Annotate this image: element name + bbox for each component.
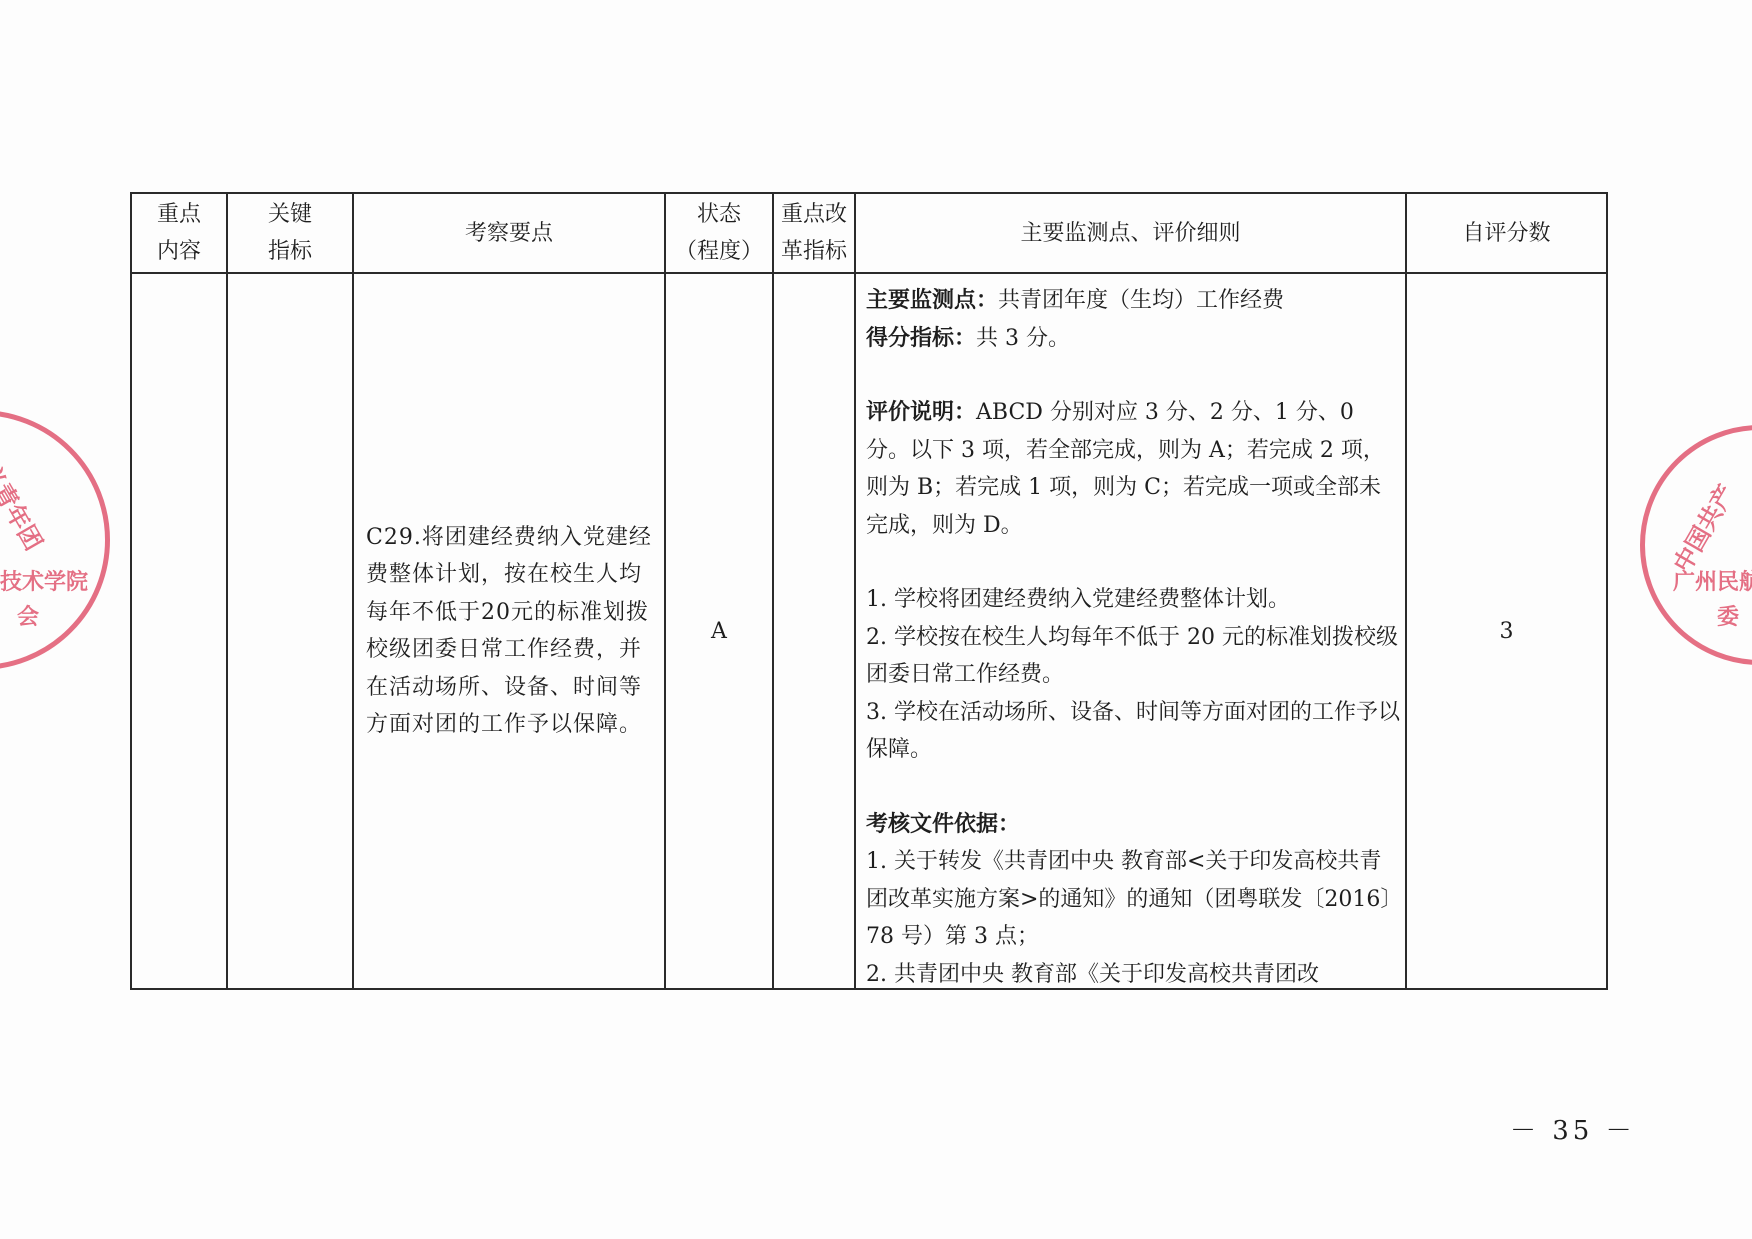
col-border (1606, 192, 1608, 990)
header-reform-indicator: 重点改革指标 (774, 194, 854, 272)
col-border (226, 192, 228, 990)
header-inspection-point: 考察要点 (354, 194, 664, 272)
basis-label: 考核文件依据： (866, 806, 1400, 844)
left-seal-stamp: 义青年团 技术学院 会 (0, 410, 110, 670)
page-number: － 35 － (1510, 1110, 1636, 1147)
header-self-score: 自评分数 (1407, 194, 1606, 272)
header-details: 主要监测点、评价细则 (856, 194, 1405, 272)
criteria-item: 1. 学校将团建经费纳入党建经费整体计划。 (866, 581, 1400, 619)
col-border (772, 192, 774, 990)
evaluation-table: 重点内容 关键指标 考察要点 状态（程度） 重点改革指标 主要监测点、评价细则 … (130, 192, 1608, 990)
header-key-content: 重点内容 (132, 194, 226, 272)
basis-item: 1. 关于转发《共青团中央 教育部<关于印发高校共青团改革实施方案>的通知》的通… (866, 843, 1400, 956)
header-key-indicator: 关键指标 (228, 194, 352, 272)
criteria-item: 2. 学校按在校生人均每年不低于 20 元的标准划拨校级团委日常工作经费。 (866, 619, 1400, 694)
cell-self-score: 3 (1407, 274, 1606, 988)
cell-status: A (666, 274, 772, 988)
cell-inspection-point: C29.将团建经费纳入党建经费整体计划，按在校生人均每年不低于20元的标准划拨校… (366, 274, 658, 988)
basis-item: 2. 共青团中央 教育部《关于印发高校共青团改 (866, 956, 1400, 987)
criteria-item: 3. 学校在活动场所、设备、时间等方面对团的工作予以保障。 (866, 694, 1400, 769)
right-seal-stamp: 中国共产 广州民航 委 (1640, 425, 1752, 665)
col-border (130, 192, 132, 990)
header-status: 状态（程度） (666, 194, 772, 272)
cell-details: 主要监测点：共青团年度（生均）工作经费 得分指标：共 3 分。 评价说明：ABC… (866, 282, 1400, 986)
col-border (352, 192, 354, 990)
col-border (854, 192, 856, 990)
